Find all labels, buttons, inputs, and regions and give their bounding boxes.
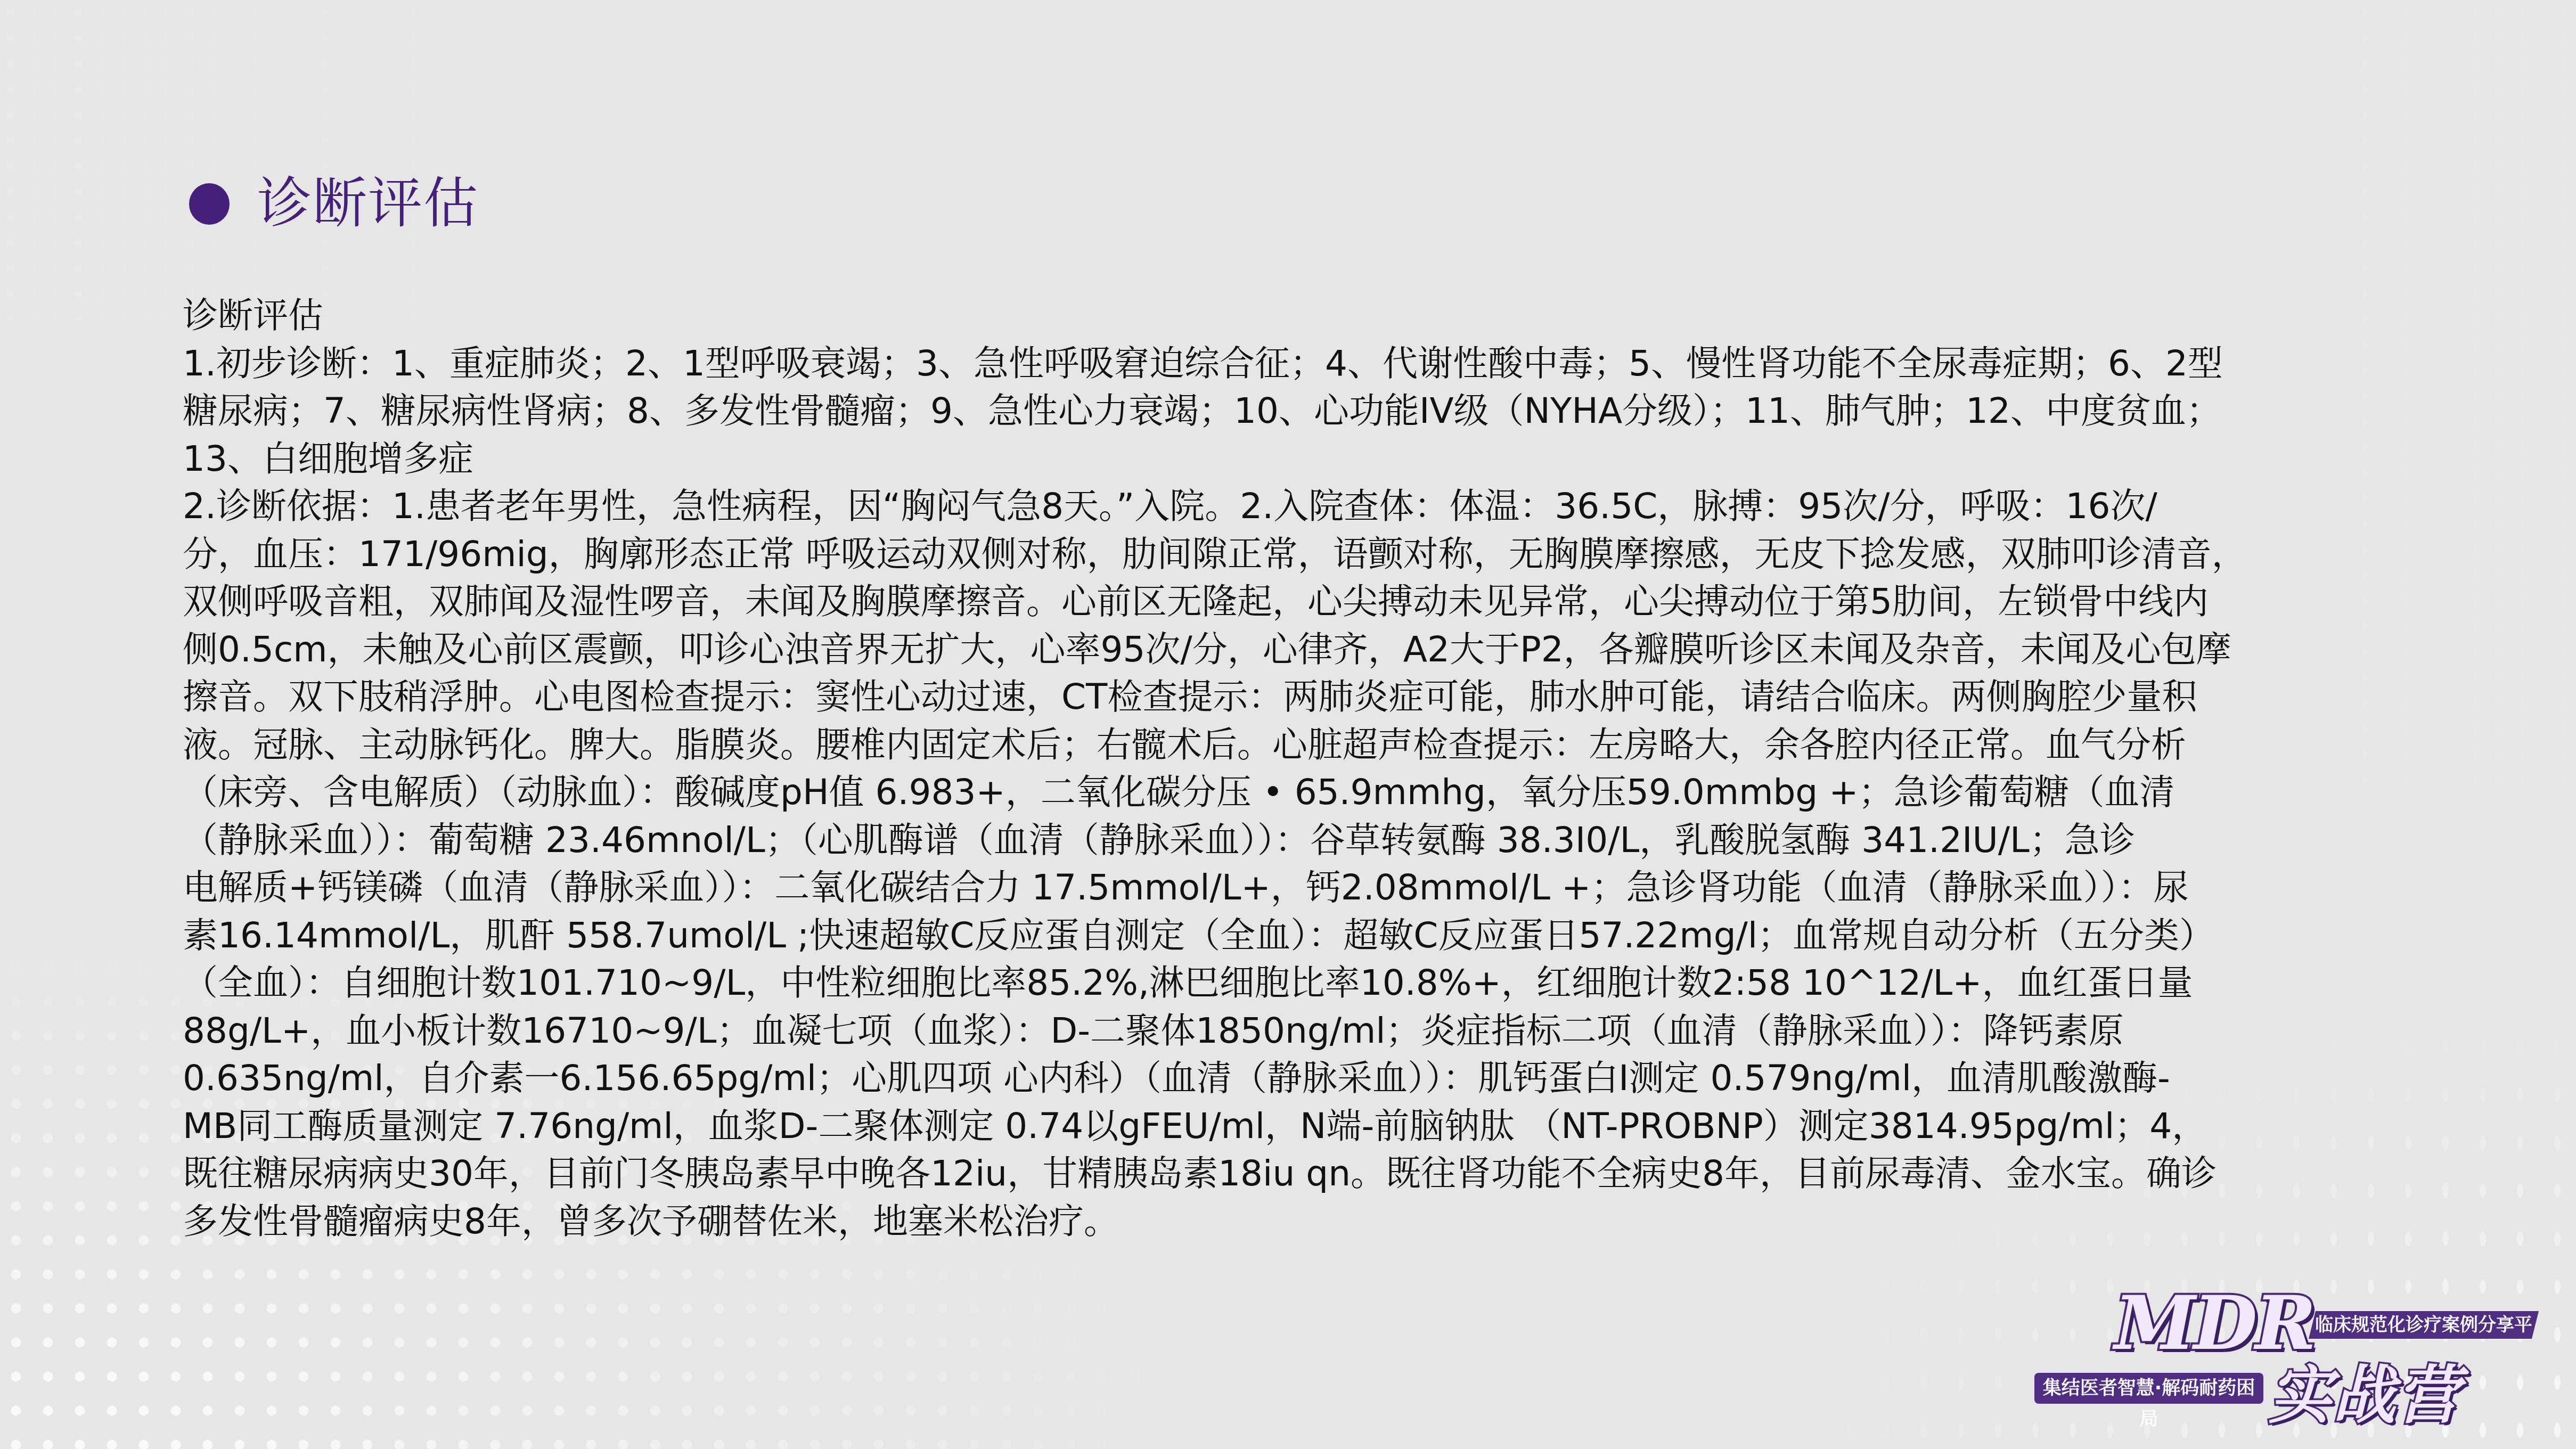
text-line: 2.诊断依据：1.患者老年男性，急性病程，因“胸闷气急8天。”入院。2.入院查体… (183, 482, 2505, 530)
mdr-camp-logo: MDR 临床规范化诊疗案例分享平台 集结医者智慧·解码耐药困局 实战营 (2024, 1278, 2546, 1432)
text-line: （全血）：自细胞计数101.710~9/L，中性粒细胞比率85.2%,淋巴细胞比… (183, 959, 2505, 1007)
text-line: 既往糖尿病病史30年，目前门冬胰岛素早中晚各12iu，甘精胰岛素18iu qn。… (183, 1150, 2505, 1198)
text-line: 88g/L+，血小板计数16710~9/L；血凝七项（血浆）：D-二聚体1850… (183, 1007, 2505, 1055)
text-line: 液。冠脉、主动脉钙化。脾大。脂膜炎。腰椎内固定术后；右髋术后。心脏超声检查提示：… (183, 721, 2505, 769)
text-line: 素16.14mmol/L，肌酐 558.7umol/L ;快速超敏C反应蛋自测定… (183, 912, 2505, 960)
text-line: 分，血压：171/96mig，胸廓形态正常 呼吸运动双侧对称，肋间隙正常，语颤对… (183, 530, 2505, 578)
text-line: （静脉采血））：葡萄糖 23.46mnol/L；（心肌酶谱（血清（静脉采血））：… (183, 816, 2505, 864)
text-line: （床旁、含电解质）（动脉血）：酸碱度pH值 6.983+，二氧化碳分压 • 65… (183, 768, 2505, 816)
text-line: 诊断评估 (183, 292, 2505, 340)
text-line: 13、白细胞增多症 (183, 435, 2505, 483)
text-line: 1.初步诊断：1、重症肺炎；2、1型呼吸衰竭；3、急性呼吸窘迫综合征；4、代谢性… (183, 340, 2505, 388)
text-line: 双侧呼吸音粗，双肺闻及湿性啰音，未闻及胸膜摩擦音。心前区无隆起，心尖搏动未见异常… (183, 578, 2505, 626)
text-line: 电解质+钙镁磷（血清（静脉采血））：二氧化碳结合力 17.5mmol/L+，钙2… (183, 864, 2505, 912)
diagnosis-body-text: 诊断评估 1.初步诊断：1、重症肺炎；2、1型呼吸衰竭；3、急性呼吸窘迫综合征；… (183, 292, 2505, 1245)
text-line: 侧0.5cm，未触及心前区震颤，叩诊心浊音界无扩大，心率95次/分，心律齐，A2… (183, 626, 2505, 674)
logo-tagline-top: 临床规范化诊疗案例分享平台 (2309, 1311, 2539, 1339)
logo-subtitle: 实战营 (2269, 1358, 2460, 1432)
background-dots-top-left (0, 0, 1012, 320)
text-line: MB同工酶质量测定 7.76ng/ml，血浆D-二聚体测定 0.74以gFEU/… (183, 1102, 2505, 1150)
logo-tagline-bottom: 集结医者智慧·解码耐药困局 (2034, 1373, 2263, 1404)
section-title: 诊断评估 (257, 169, 479, 239)
logo-brand-mdr: MDR (2114, 1278, 2314, 1369)
text-line: 擦音。双下肢稍浮肿。心电图检查提示：窦性心动过速，CT检查提示：两肺炎症可能，肺… (183, 673, 2505, 721)
text-line: 0.635ng/ml，自介素一6.156.65pg/ml；心肌四项 心内科）（血… (183, 1054, 2505, 1102)
section-header: 诊断评估 (189, 169, 479, 239)
bullet-circle-icon (189, 183, 230, 225)
text-line: 多发性骨髓瘤病史8年，曾多次予硼替佐米，地塞米松治疗。 (183, 1198, 2505, 1246)
text-line: 糖尿病；7、糖尿病性肾病；8、多发性骨髓瘤；9、急性心力衰竭；10、心功能IV级… (183, 387, 2505, 435)
